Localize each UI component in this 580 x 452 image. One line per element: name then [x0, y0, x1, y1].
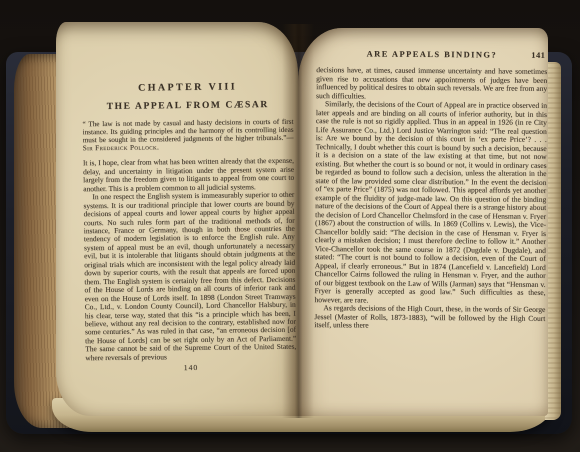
running-header: ARE APPEALS BINDING? 141: [316, 49, 547, 60]
left-page-content: CHAPTER VIII THE APPEAL FROM CÆSAR “ The…: [82, 81, 297, 418]
epigraph-attribution: Sir Frederick Pollock.: [83, 144, 160, 153]
right-page-content: ARE APPEALS BINDING? 141 decisions have,…: [314, 49, 548, 415]
body-paragraph: In one respect the English system is imm…: [83, 191, 296, 363]
chapter-title: THE APPEAL FROM CÆSAR: [82, 100, 293, 113]
chapter-heading: CHAPTER VIII: [82, 81, 293, 95]
body-paragraph: As regards decisions of the High Court, …: [314, 304, 545, 331]
running-header-title: ARE APPEALS BINDING?: [367, 49, 498, 59]
book-photo: CHAPTER VIII THE APPEAL FROM CÆSAR “ The…: [0, 0, 580, 452]
epigraph-text: “ The law is not made by casual and hast…: [82, 118, 293, 145]
right-page-number: 141: [531, 51, 545, 60]
left-page-number: 140: [85, 362, 296, 374]
epigraph: “ The law is not made by casual and hast…: [82, 118, 293, 153]
body-paragraph: decisions have, at times, caused immense…: [316, 66, 547, 102]
body-paragraph: Similarly, the decisions of the Court of…: [314, 100, 547, 306]
body-paragraph: It is, I hope, clear from what has been …: [83, 157, 294, 193]
